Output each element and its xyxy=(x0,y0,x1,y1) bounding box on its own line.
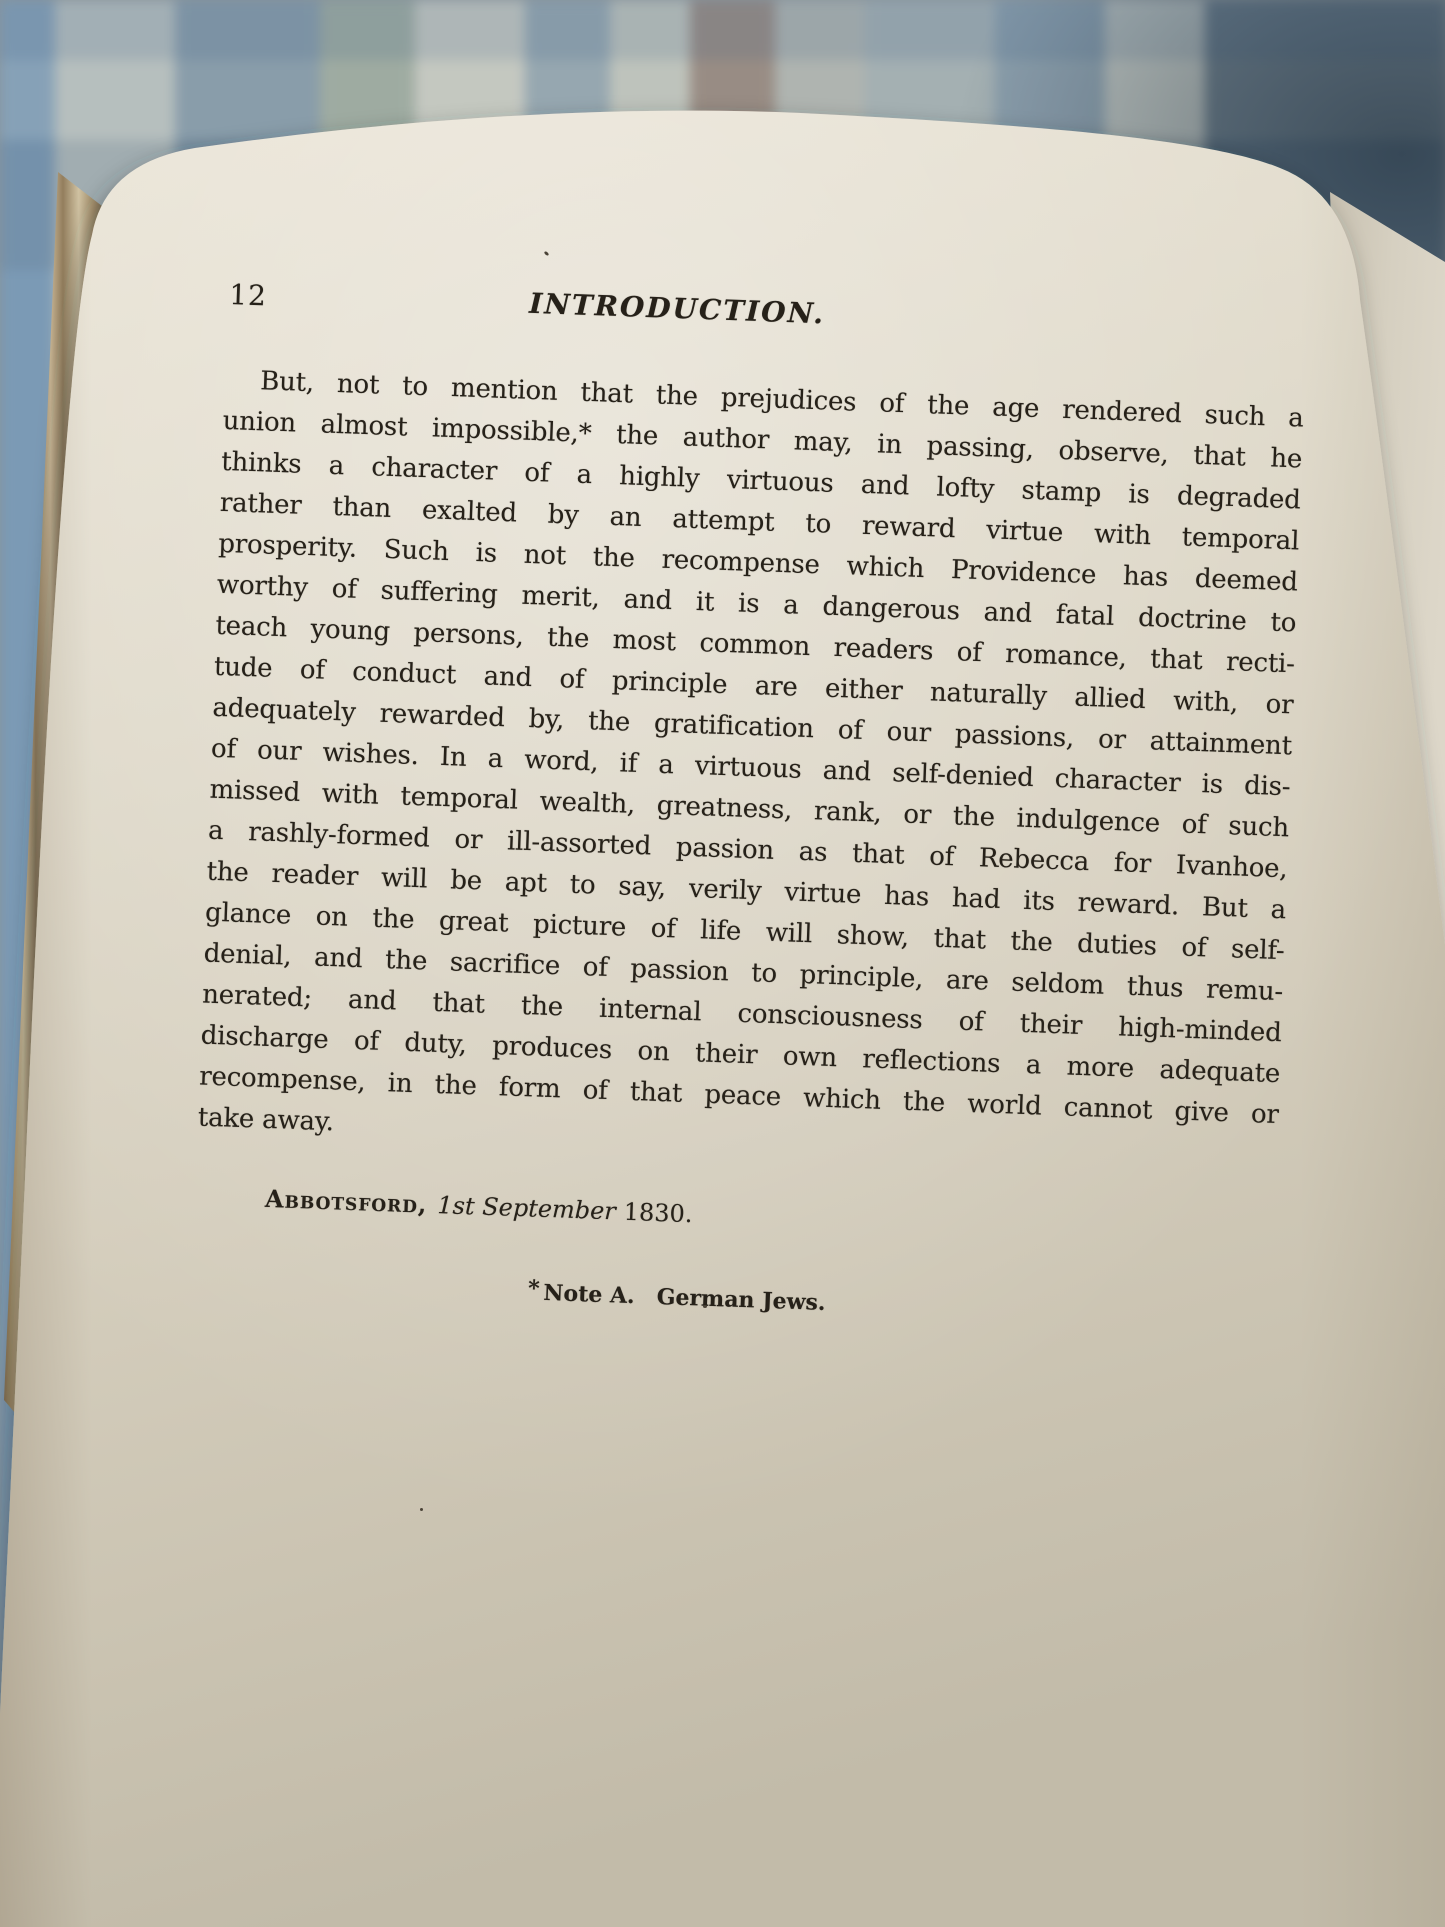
dateline-place: Abbotsford, xyxy=(265,1184,428,1219)
body-paragraph: But, not to mention that the prejudices … xyxy=(197,360,1304,1177)
footnote-label: Note A. xyxy=(543,1280,635,1309)
dateline-date: 1st September xyxy=(437,1191,616,1225)
footnote-asterisk: * xyxy=(528,1275,540,1301)
dateline-year: 1830. xyxy=(623,1198,693,1228)
paper-speck xyxy=(703,1305,707,1308)
page-text: 12 INTRODUCTION. But, not to mention tha… xyxy=(191,276,1307,1337)
paper-speck xyxy=(420,1508,423,1511)
footnote-text: German Jews. xyxy=(656,1284,826,1316)
page-number: 12 xyxy=(229,278,268,312)
dateline: Abbotsford,1st September1830. xyxy=(194,1176,1275,1255)
book-photo: 12 INTRODUCTION. But, not to mention tha… xyxy=(0,0,1445,1927)
